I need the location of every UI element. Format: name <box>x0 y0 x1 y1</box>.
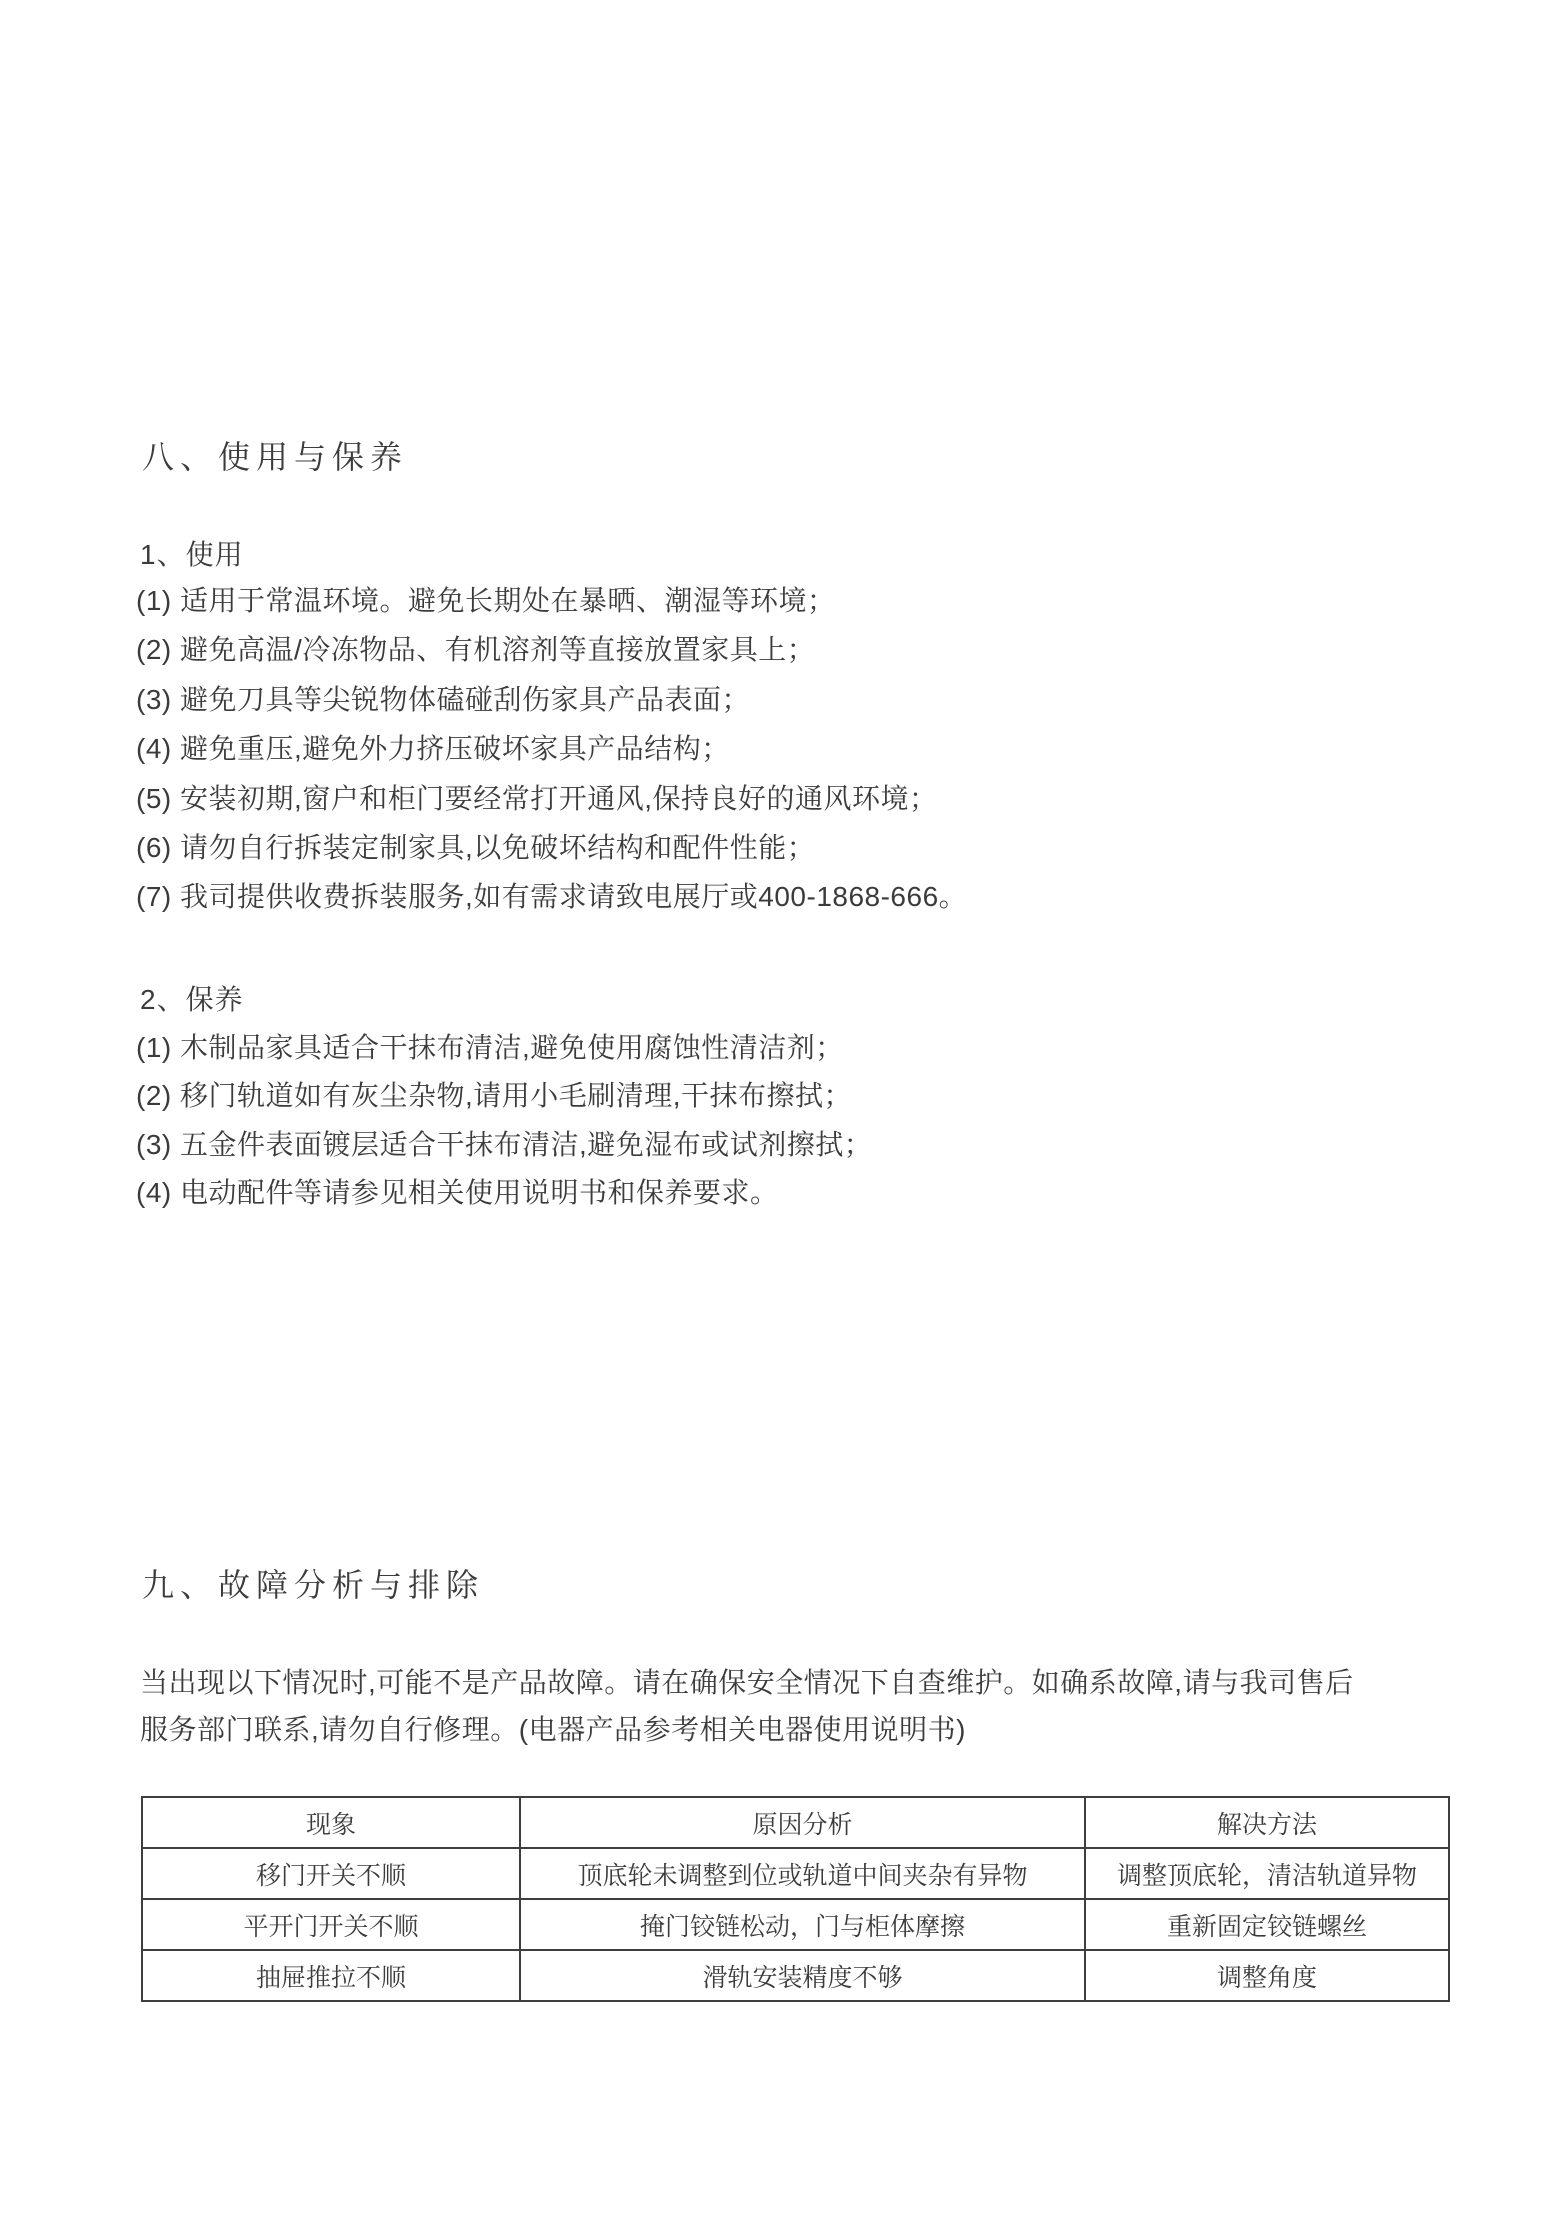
header-phenomenon: 现象 <box>142 1797 520 1848</box>
manual-page: 八、使用与保养 1、使用 (1) 适用于常温环境。避免长期处在暴晒、潮湿等环境；… <box>0 0 1550 2220</box>
cell-cause: 滑轨安装精度不够 <box>520 1950 1085 2001</box>
section-troubleshooting-title: 九、故障分析与排除 <box>142 1569 484 1601</box>
care-item-list: (1) 木制品家具适合干抹布清洁,避免使用腐蚀性清洁剂； (2) 移门轨道如有灰… <box>136 1024 872 1218</box>
cell-phenomenon: 平开门开关不顺 <box>142 1899 520 1950</box>
use-item: (3) 避免刀具等尖锐物体磕碰刮伤家具产品表面； <box>136 675 967 724</box>
care-item: (4) 电动配件等请参见相关使用说明书和保养要求。 <box>136 1169 872 1217</box>
use-item-list: (1) 适用于常温环境。避免长期处在暴晒、潮湿等环境； (2) 避免高温/冷冻物… <box>136 576 967 922</box>
table-row: 抽屉推拉不顺 滑轨安装精度不够 调整角度 <box>142 1950 1449 2001</box>
use-item: (4) 避免重压,避免外力挤压破坏家具产品结构； <box>136 724 967 773</box>
care-item: (3) 五金件表面镀层适合干抹布清洁,避免湿布或试剂擦拭； <box>136 1121 872 1169</box>
use-item: (5) 安装初期,窗户和柜门要经常打开通风,保持良好的通风环境； <box>136 774 967 823</box>
cell-solution: 调整角度 <box>1085 1950 1449 2001</box>
care-item: (1) 木制品家具适合干抹布清洁,避免使用腐蚀性清洁剂； <box>136 1024 872 1072</box>
cell-cause: 掩门铰链松动，门与柜体摩擦 <box>520 1899 1085 1950</box>
cell-cause: 顶底轮未调整到位或轨道中间夹杂有异物 <box>520 1848 1085 1899</box>
troubleshooting-table: 现象 原因分析 解决方法 移门开关不顺 顶底轮未调整到位或轨道中间夹杂有异物 调… <box>141 1796 1450 2002</box>
care-item: (2) 移门轨道如有灰尘杂物,请用小毛刷清理,干抹布擦拭； <box>136 1072 872 1120</box>
table-header-row: 现象 原因分析 解决方法 <box>142 1797 1449 1848</box>
header-solution: 解决方法 <box>1085 1797 1449 1848</box>
header-cause-analysis: 原因分析 <box>520 1797 1085 1848</box>
table-row: 移门开关不顺 顶底轮未调整到位或轨道中间夹杂有异物 调整顶底轮，清洁轨道异物 <box>142 1848 1449 1899</box>
use-item: (2) 避免高温/冷冻物品、有机溶剂等直接放置家具上； <box>136 625 967 674</box>
intro-line-2: 服务部门联系,请勿自行修理。(电器产品参考相关电器使用说明书) <box>140 1714 966 1745</box>
use-item: (7) 我司提供收费拆装服务,如有需求请致电展厅或400-1868-666。 <box>136 872 967 921</box>
section-usage-title: 八、使用与保养 <box>142 441 408 473</box>
use-item: (6) 请勿自行拆装定制家具,以免破坏结构和配件性能； <box>136 823 967 872</box>
cell-phenomenon: 抽屉推拉不顺 <box>142 1950 520 2001</box>
intro-line-1: 当出现以下情况时,可能不是产品故障。请在确保安全情况下自查维护。如确系故障,请与… <box>140 1667 1354 1698</box>
care-subsection-heading: 2、保养 <box>140 986 244 1014</box>
table-row: 平开门开关不顺 掩门铰链松动，门与柜体摩擦 重新固定铰链螺丝 <box>142 1899 1449 1950</box>
troubleshooting-intro: 当出现以下情况时,可能不是产品故障。请在确保安全情况下自查维护。如确系故障,请与… <box>140 1659 1354 1753</box>
use-subsection-heading: 1、使用 <box>140 541 244 569</box>
use-item: (1) 适用于常温环境。避免长期处在暴晒、潮湿等环境； <box>136 576 967 625</box>
cell-solution: 重新固定铰链螺丝 <box>1085 1899 1449 1950</box>
cell-solution: 调整顶底轮，清洁轨道异物 <box>1085 1848 1449 1899</box>
cell-phenomenon: 移门开关不顺 <box>142 1848 520 1899</box>
